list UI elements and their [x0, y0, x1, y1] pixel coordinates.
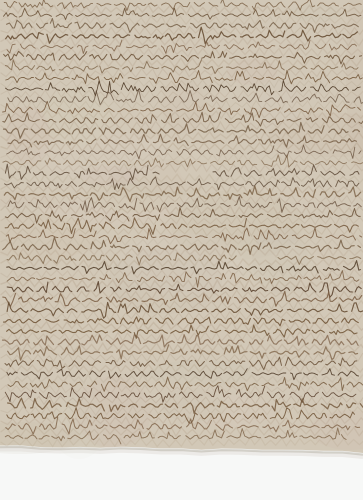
letter-scan-image — [0, 0, 363, 500]
scanned-letter-page — [0, 0, 363, 500]
